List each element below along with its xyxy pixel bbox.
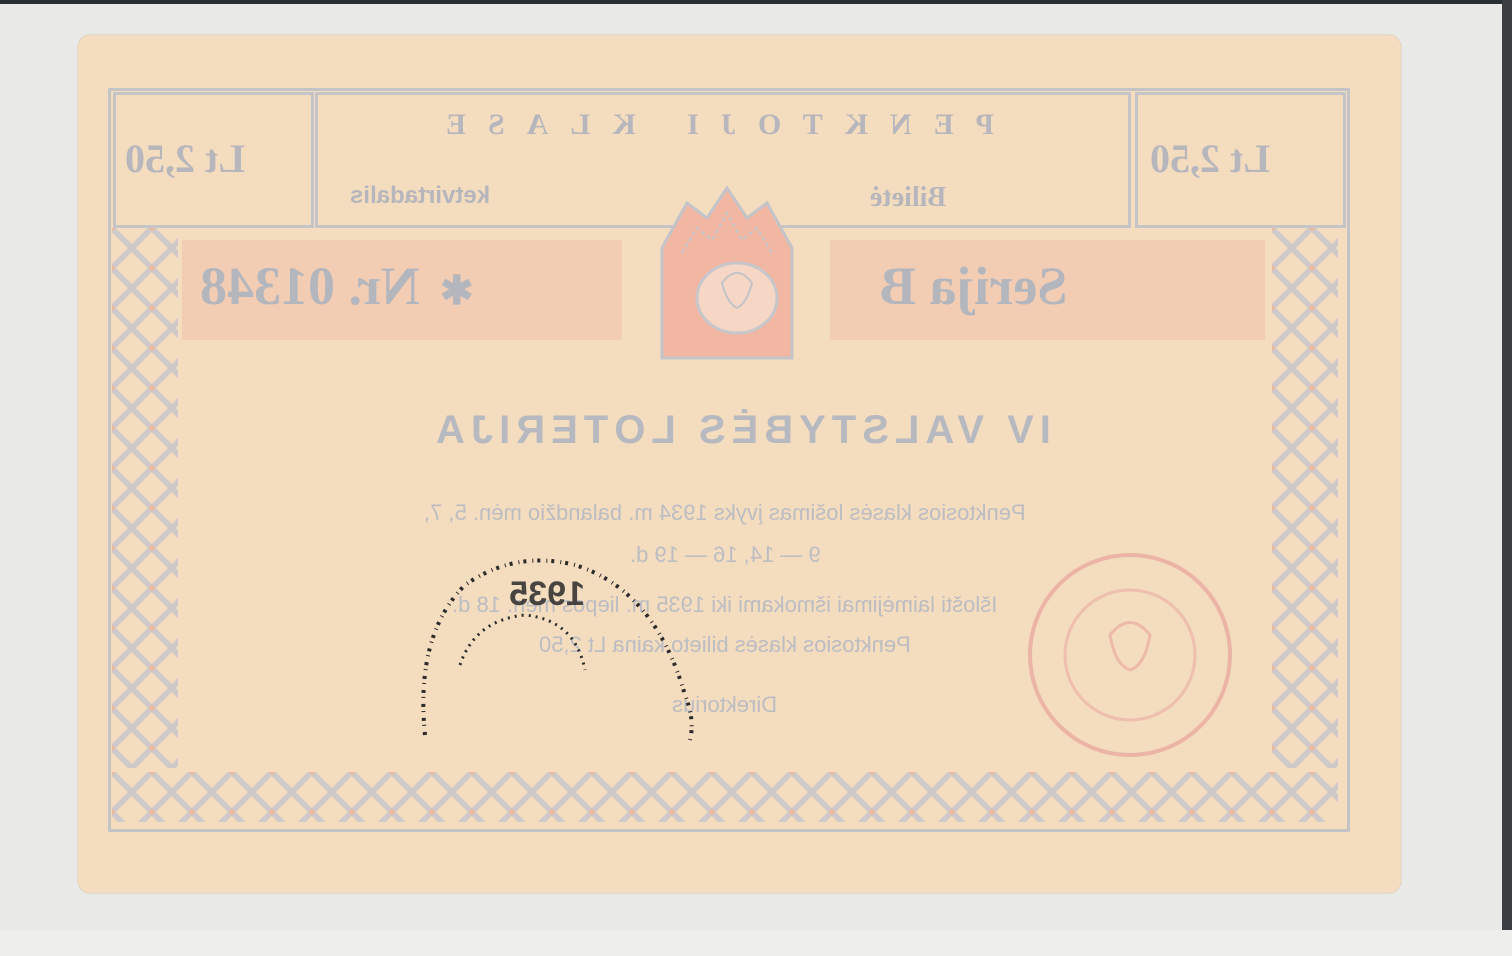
scanner-top-edge: [0, 0, 1512, 4]
svg-text:1935: 1935: [509, 575, 585, 613]
seal-stamp-icon: [1010, 545, 1250, 765]
serial-number: Nr. 01348: [200, 255, 420, 317]
ticket-label: Bilietė: [870, 182, 946, 214]
coat-of-arms-icon: [632, 178, 822, 364]
series-label: Serija B: [880, 255, 1067, 317]
price-right: Lt 2,50: [1150, 135, 1270, 182]
main-title: IV VALSTYBĖS LOTERIJA: [430, 408, 1051, 453]
bottom-ornament-dots: [112, 772, 1338, 822]
postmark-stamp-icon: 1935: [405, 545, 710, 745]
body-line-1: Penktosios klasės lošimas įvyks 1934 m. …: [424, 500, 1026, 526]
right-ornament-dots: [1272, 228, 1338, 768]
price-left: Lt 2,50: [125, 135, 245, 182]
fraction-label: ketvirtadalis: [350, 182, 490, 210]
star-mark: ✱: [440, 267, 474, 314]
scanner-bottom-area: [0, 930, 1512, 956]
class-title: PENKTOJI KLASE: [424, 108, 994, 142]
scanner-right-edge: [1502, 0, 1512, 956]
left-ornament-dots: [112, 228, 178, 768]
